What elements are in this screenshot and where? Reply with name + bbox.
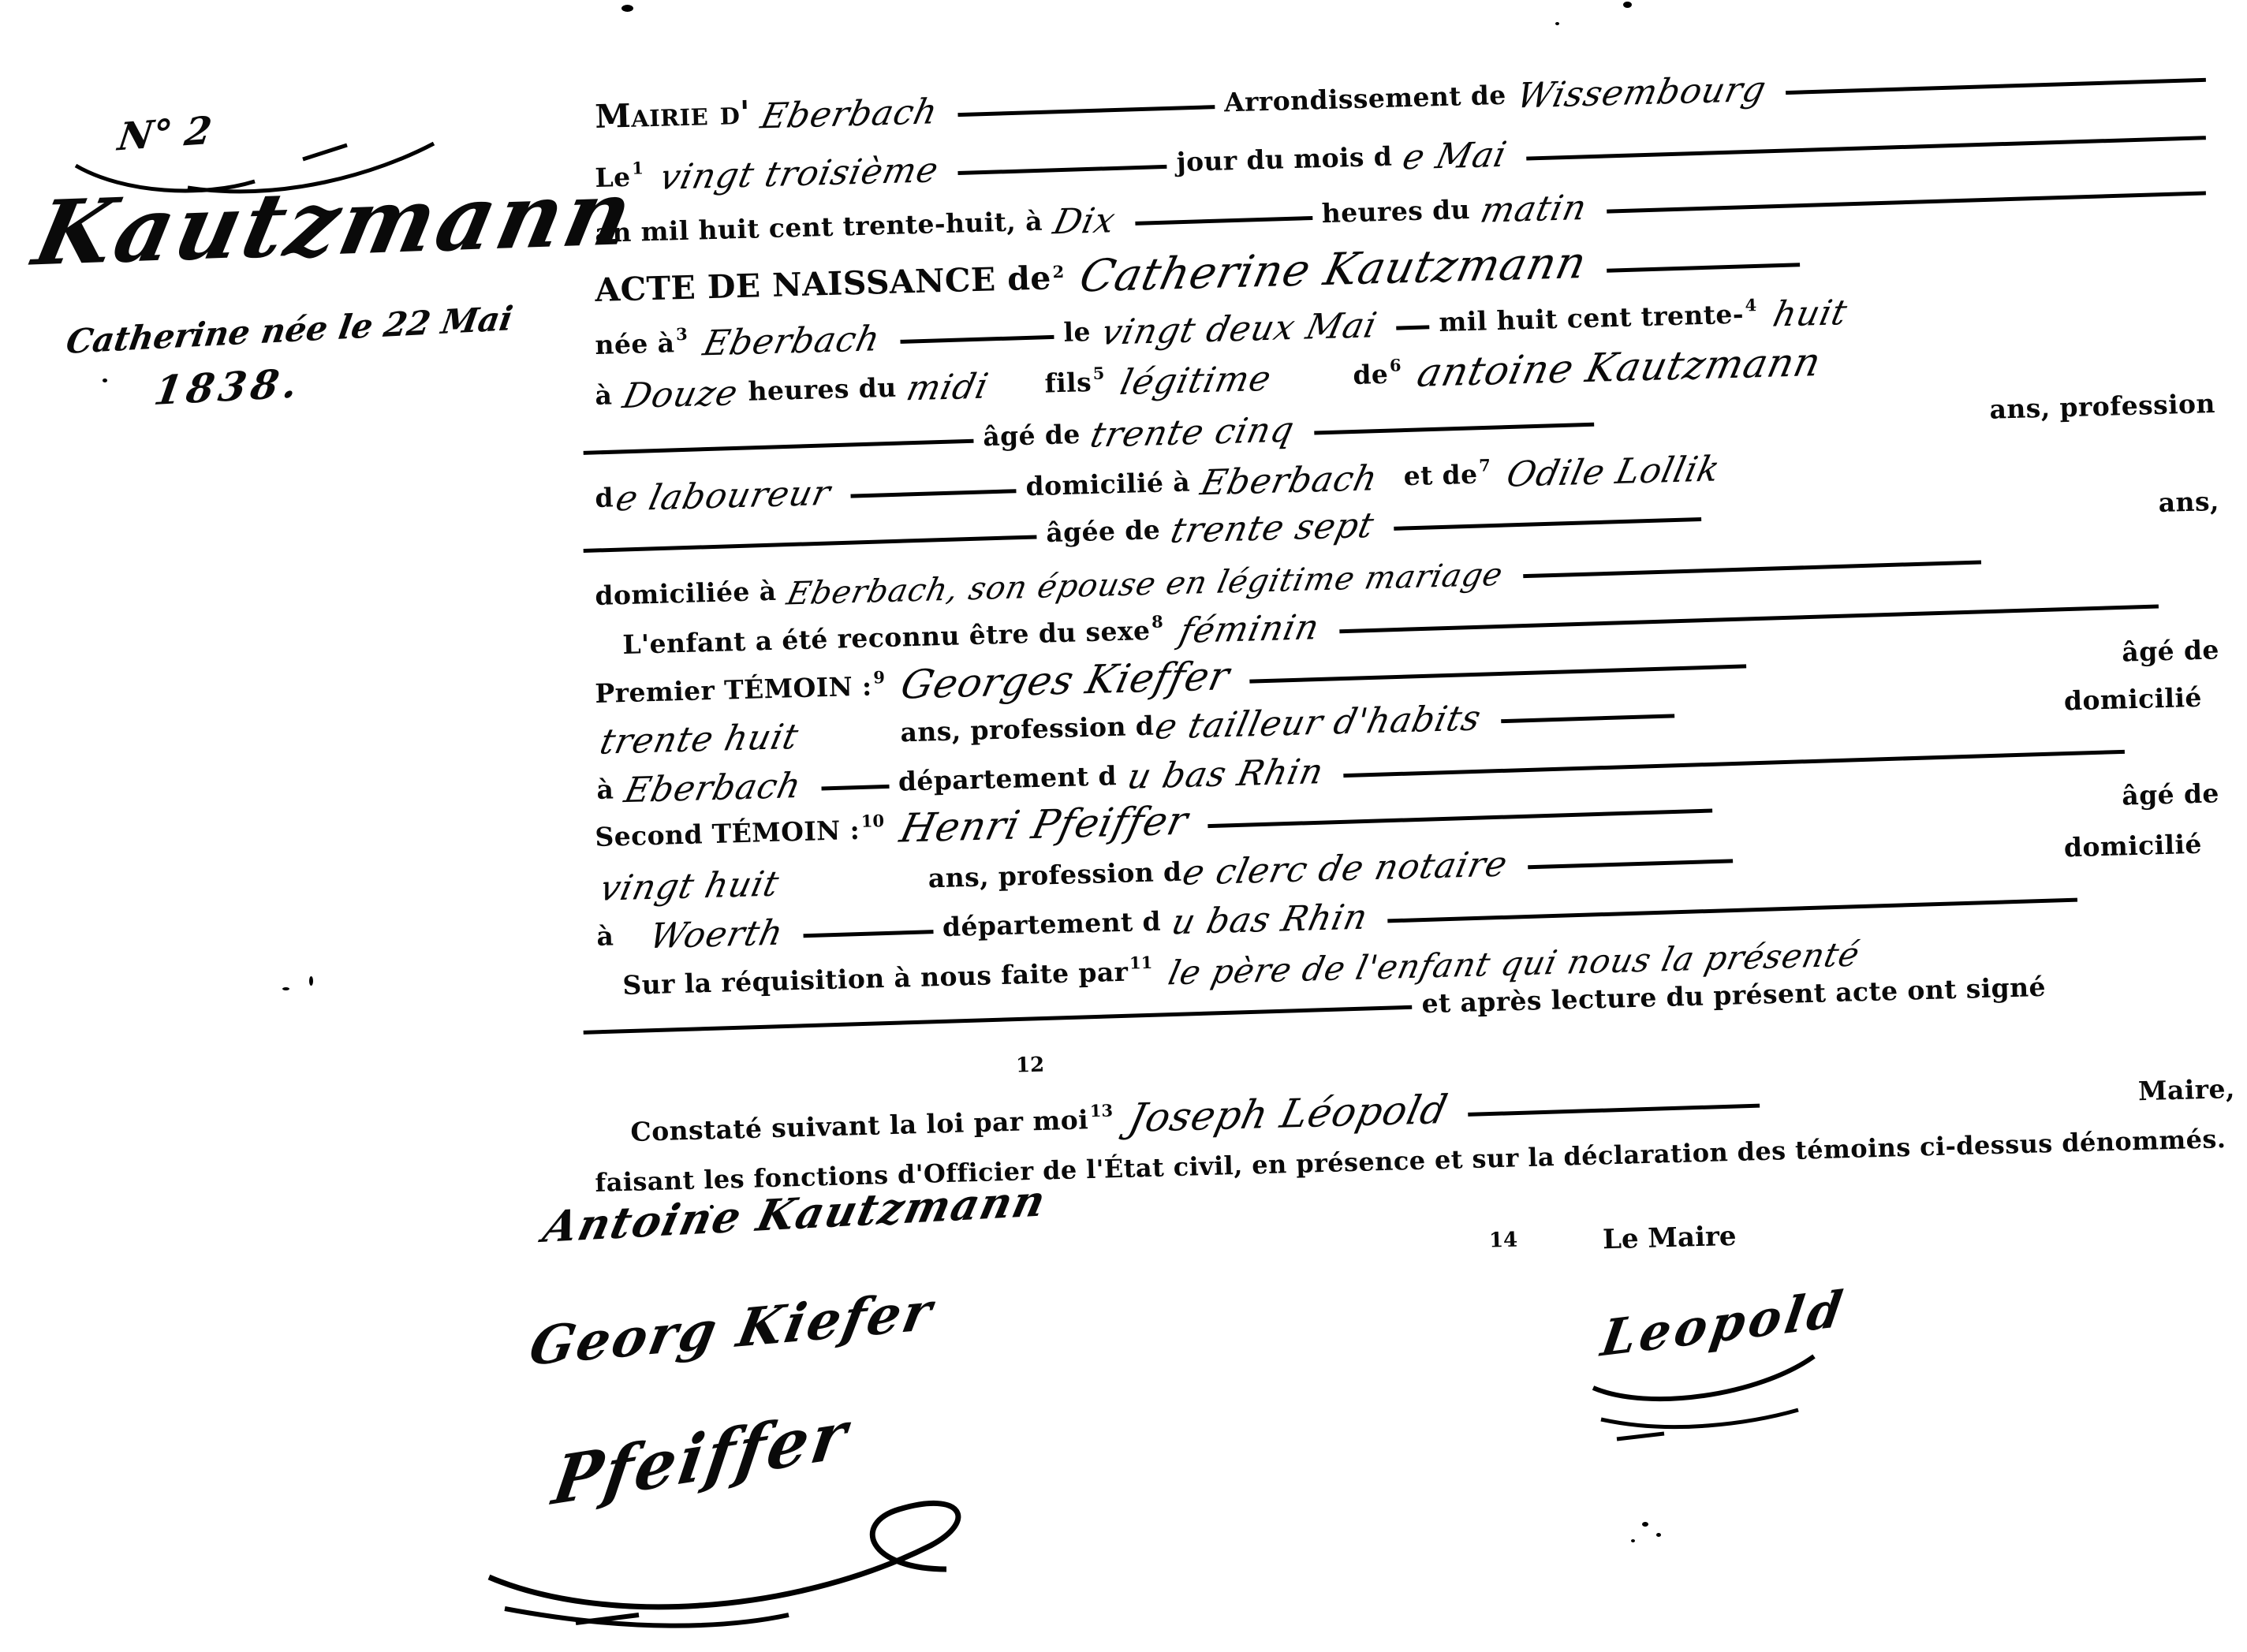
fill-rule	[957, 105, 1215, 117]
printed-label: et après lecture du présent acte ont sig…	[1421, 974, 2046, 1018]
printed-label: département d	[898, 763, 1117, 796]
scan-speckle	[282, 987, 289, 990]
printed-label: Arrondissement de	[1224, 82, 1506, 117]
superscript-ref: 1	[632, 158, 644, 177]
fill-rule	[584, 1005, 1413, 1035]
printed-label: Second TÉMOIN :	[595, 817, 860, 852]
printed-label: heures du	[748, 375, 897, 406]
printed-label: heures du	[1321, 196, 1470, 228]
le-maire-label: Le Maire	[1603, 1221, 1738, 1255]
fill-rule	[1523, 560, 1981, 578]
superscript-ref: 11	[1129, 953, 1153, 973]
superscript-ref: 10	[860, 811, 884, 831]
scan-speckle	[1656, 1533, 1661, 1537]
margin-note: Catherine née le 22 Mai	[64, 302, 515, 359]
superscript-ref: 6	[1390, 355, 1402, 375]
printed-label: à	[596, 777, 614, 804]
handwritten-entry: huit	[1770, 296, 1850, 333]
form-ref-12: 12	[1016, 1053, 1045, 1078]
fill-rule	[1528, 859, 1733, 869]
superscript-ref: 8	[1151, 611, 1163, 631]
fill-rule	[1527, 136, 2206, 160]
printed-label: âgé de	[2122, 781, 2219, 811]
fill-rule	[584, 439, 974, 455]
handwritten-entry: vingt troisième	[656, 153, 941, 196]
superscript-ref: 5	[1092, 364, 1104, 383]
printed-label: fils	[1044, 369, 1092, 397]
superscript-ref: 2	[1052, 262, 1064, 282]
superscript-ref: 3	[676, 324, 688, 344]
handwritten-entry: Douze	[619, 376, 741, 414]
fill-rule	[1397, 325, 1430, 330]
scan-speckle	[1623, 2, 1632, 8]
fill-rule	[1208, 809, 1713, 829]
fill-rule	[1135, 216, 1312, 226]
fill-rule	[1394, 517, 1701, 531]
margin-year: 1838.	[151, 364, 304, 411]
handwritten-entry: trente cinq	[1088, 412, 1298, 453]
printed-label: âgé de	[2122, 637, 2219, 667]
scan-speckle	[309, 976, 313, 986]
printed-label: Le	[595, 164, 631, 192]
fill-rule	[1607, 263, 1800, 272]
fill-rule	[1468, 1104, 1760, 1117]
printed-label: de	[1353, 361, 1389, 390]
scan-speckle	[1631, 1539, 1635, 1542]
handwritten-entry: Dix	[1050, 203, 1118, 240]
fill-rule	[584, 535, 1037, 553]
fill-rule	[958, 165, 1167, 175]
printed-label: à	[595, 382, 613, 410]
scan-speckle	[621, 5, 633, 12]
scan-speckle	[1642, 1522, 1648, 1527]
printed-label: Mairie d'	[595, 96, 751, 134]
printed-label: âgée de	[1046, 517, 1161, 548]
superscript-ref: 9	[873, 667, 885, 687]
printed-label: jour du mois d	[1176, 144, 1392, 177]
superscript-ref: 7	[1479, 455, 1491, 475]
scan-speckle	[710, 1205, 714, 1209]
handwritten-entry: matin	[1477, 191, 1590, 229]
superscript-ref: 4	[1745, 295, 1756, 315]
handwritten-entry: Wissembourg	[1514, 73, 1769, 114]
printed-label: département d	[942, 908, 1162, 942]
printed-label: domicilié à	[1025, 469, 1190, 501]
fill-rule	[901, 335, 1054, 344]
scanned-birth-certificate: N° 2 Kautzmann Catherine née le 22 Mai 1…	[0, 0, 2247, 1652]
printed-label: et de	[1403, 461, 1478, 490]
printed-label: domiciliée à	[595, 578, 777, 610]
handwritten-entry: midi	[904, 369, 992, 406]
superscript-ref: 13	[1089, 1100, 1113, 1121]
fill-rule	[803, 930, 933, 938]
scan-speckle	[103, 379, 107, 382]
signature-witness1: Georg Kiefer	[525, 1285, 938, 1373]
fill-rule	[1607, 191, 2206, 213]
fill-rule	[851, 489, 1017, 498]
handwritten-entry: Eberbach	[700, 322, 883, 361]
printed-label: ans,	[2158, 488, 2219, 517]
fill-rule	[1315, 423, 1595, 435]
printed-label: Maire,	[2138, 1076, 2236, 1106]
handwritten-entry: e Mai	[1399, 138, 1510, 176]
signature-witness2-paraph	[457, 1475, 1057, 1640]
printed-label: ans, profession	[1989, 390, 2215, 423]
fill-rule	[1501, 714, 1674, 723]
printed-label: ans, profession d	[900, 713, 1154, 747]
printed-label: domicilié	[2064, 831, 2203, 862]
printed-label: ans, profession d	[928, 859, 1181, 893]
handwritten-entry: Eberbach	[757, 95, 940, 134]
handwritten-entry: légitime	[1118, 362, 1275, 401]
handwritten-entry: Woerth	[646, 915, 786, 954]
printed-label: âgé de	[983, 421, 1081, 451]
form-ref-14: 14	[1489, 1229, 1518, 1253]
margin-surname: Kautzmann	[27, 169, 642, 278]
printed-label: domicilié	[2064, 684, 2203, 715]
handwritten-entry: trente sept	[1167, 509, 1377, 549]
printed-label: ACTE DE NAISSANCE de	[595, 261, 1051, 308]
printed-label: née à	[595, 330, 675, 360]
printed-label: d	[595, 485, 614, 513]
signature-mayor-paraph	[1570, 1341, 1838, 1451]
printed-label: an mil huit cent trente-huit, à	[595, 208, 1043, 248]
printed-label: mil huit cent trente-	[1439, 301, 1744, 337]
printed-label: à	[596, 923, 614, 951]
fill-rule	[821, 785, 889, 791]
printed-label: le	[1063, 319, 1091, 347]
fill-rule	[1786, 78, 2206, 95]
scan-speckle	[1555, 22, 1559, 25]
